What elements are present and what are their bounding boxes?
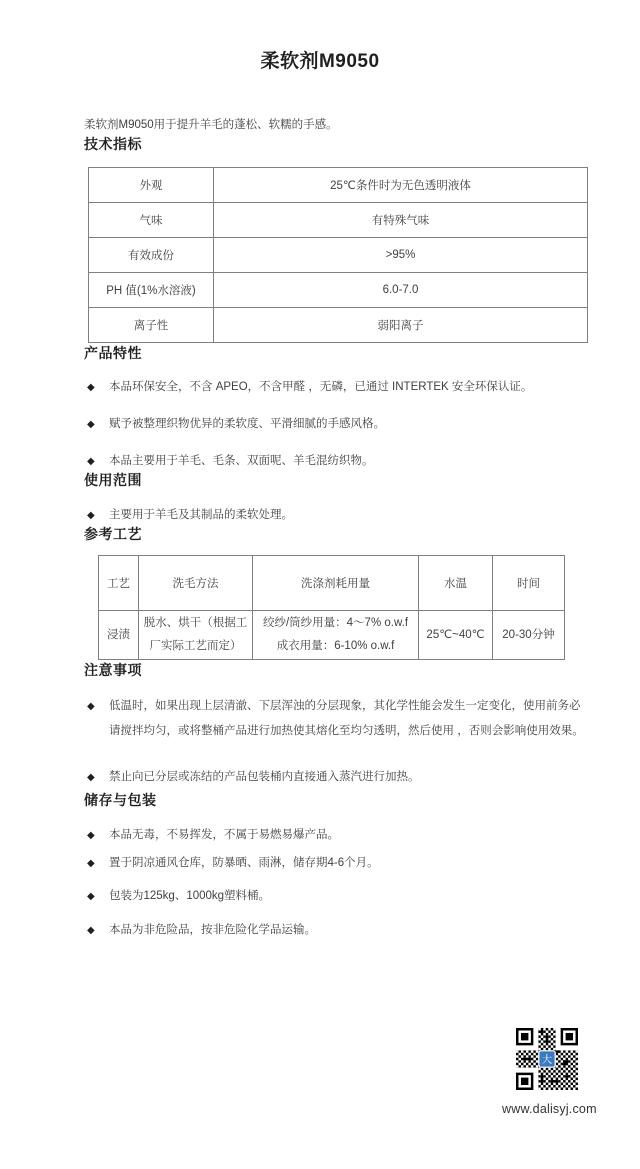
bullet-diamond-icon: ◆ xyxy=(87,827,109,844)
usage-text: 主要用于羊毛及其制品的柔软处理。 xyxy=(109,507,590,524)
tech-value-cell: 25℃条件时为无色透明液体 xyxy=(214,168,588,203)
qr-logo-text: 大 xyxy=(542,1053,553,1066)
section-heading-tech-specs: 技术指标 xyxy=(84,134,590,154)
section-heading-notes: 注意事项 xyxy=(84,660,590,680)
tech-value-cell: 有特殊气味 xyxy=(214,203,588,238)
list-item: ◆ 包装为125kg、1000kg塑料桶。 xyxy=(84,888,590,905)
process-header-cell: 洗毛方法 xyxy=(139,556,253,611)
storage-text: 本品为非危险品，按非危险化学品运输。 xyxy=(109,922,590,939)
note-text: 禁止向已分层或冻结的产品包装桶内直接通入蒸汽进行加热。 xyxy=(109,765,590,790)
page-title: 柔软剂M9050 xyxy=(0,0,640,73)
list-item: ◆ 本品无毒，不易挥发，不属于易燃易爆产品。 xyxy=(84,827,590,844)
process-dosage-cell: 绞纱/筒纱用量：4～7% o.w.f 成衣用量：6-10% o.w.f xyxy=(253,611,419,660)
section-heading-features: 产品特性 xyxy=(84,343,590,363)
tech-label-cell: 外观 xyxy=(89,168,214,203)
dosage-line: 成衣用量：6-10% o.w.f xyxy=(257,635,414,658)
process-header-cell: 时间 xyxy=(493,556,565,611)
list-item: ◆ 赋予被整理织物优异的柔软度、平滑细腻的手感风格。 xyxy=(84,416,590,433)
feature-text: 本品环保安全，不含 APEO，不含甲醛 ，无磷，已通过 INTERTEK 安全环… xyxy=(109,379,590,396)
document-page: 柔软剂M9050 柔软剂M9050用于提升羊毛的蓬松、软糯的手感。 技术指标 外… xyxy=(0,0,640,1169)
intro-text: 柔软剂M9050用于提升羊毛的蓬松、软糯的手感。 xyxy=(84,117,590,134)
feature-text: 赋予被整理织物优异的柔软度、平滑细腻的手感风格。 xyxy=(109,416,590,433)
section-heading-process: 参考工艺 xyxy=(84,524,590,544)
list-item: ◆ 主要用于羊毛及其制品的柔软处理。 xyxy=(84,507,590,524)
tech-value-cell: 弱阳离子 xyxy=(214,308,588,343)
table-row: 气味 有特殊气味 xyxy=(89,203,588,238)
tech-label-cell: PH 值(1%水溶液) xyxy=(89,273,214,308)
list-item: ◆ 低温时，如果出现上层清澈、下层浑浊的分层现象，其化学性能会发生一定变化，使用… xyxy=(84,694,590,744)
table-header-row: 工艺 洗毛方法 洗涤剂耗用量 水温 时间 xyxy=(99,556,565,611)
tech-value-cell: 6.0-7.0 xyxy=(214,273,588,308)
qr-block: 大 www.dalisyj.com xyxy=(502,1028,592,1116)
table-row: PH 值(1%水溶液) 6.0-7.0 xyxy=(89,273,588,308)
tech-specs-table: 外观 25℃条件时为无色透明液体 气味 有特殊气味 有效成份 >95% PH 值… xyxy=(88,167,588,343)
qr-code-icon: 大 xyxy=(516,1028,578,1090)
storage-text: 本品无毒，不易挥发，不属于易燃易爆产品。 xyxy=(109,827,590,844)
storage-text: 置于阴凉通风仓库，防暴晒、雨淋，储存期4-6个月。 xyxy=(109,855,590,872)
list-item: ◆ 本品为非危险品，按非危险化学品运输。 xyxy=(84,922,590,939)
feature-text: 本品主要用于羊毛、毛条、双面呢、羊毛混纺织物。 xyxy=(109,453,590,470)
tech-label-cell: 离子性 xyxy=(89,308,214,343)
bullet-diamond-icon: ◆ xyxy=(87,694,109,744)
storage-text: 包装为125kg、1000kg塑料桶。 xyxy=(109,888,590,905)
table-row: 离子性 弱阳离子 xyxy=(89,308,588,343)
tech-label-cell: 气味 xyxy=(89,203,214,238)
process-craft-cell: 浸渍 xyxy=(99,611,139,660)
table-row: 浸渍 脱水、烘干（根据工厂实际工艺而定） 绞纱/筒纱用量：4～7% o.w.f … xyxy=(99,611,565,660)
process-header-cell: 工艺 xyxy=(99,556,139,611)
process-header-cell: 洗涤剂耗用量 xyxy=(253,556,419,611)
document-body: 柔软剂M9050用于提升羊毛的蓬松、软糯的手感。 技术指标 外观 25℃条件时为… xyxy=(0,117,640,939)
section-heading-usage: 使用范围 xyxy=(84,470,590,490)
process-time-cell: 20-30分钟 xyxy=(493,611,565,660)
bullet-diamond-icon: ◆ xyxy=(87,922,109,939)
bullet-diamond-icon: ◆ xyxy=(87,855,109,872)
bullet-diamond-icon: ◆ xyxy=(87,379,109,396)
list-item: ◆ 禁止向已分层或冻结的产品包装桶内直接通入蒸汽进行加热。 xyxy=(84,765,590,790)
section-heading-storage: 储存与包装 xyxy=(84,790,590,810)
process-table: 工艺 洗毛方法 洗涤剂耗用量 水温 时间 浸渍 脱水、烘干（根据工厂实际工艺而定… xyxy=(98,555,565,660)
process-header-cell: 水温 xyxy=(419,556,493,611)
process-temp-cell: 25℃~40℃ xyxy=(419,611,493,660)
list-item: ◆ 本品环保安全，不含 APEO，不含甲醛 ，无磷，已通过 INTERTEK 安… xyxy=(84,379,590,396)
bullet-diamond-icon: ◆ xyxy=(87,507,109,524)
bullet-diamond-icon: ◆ xyxy=(87,416,109,433)
tech-value-cell: >95% xyxy=(214,238,588,273)
website-url: www.dalisyj.com xyxy=(502,1102,592,1116)
qr-center-logo: 大 xyxy=(539,1051,555,1067)
table-row: 有效成份 >95% xyxy=(89,238,588,273)
bullet-diamond-icon: ◆ xyxy=(87,765,109,790)
table-row: 外观 25℃条件时为无色透明液体 xyxy=(89,168,588,203)
list-item: ◆ 本品主要用于羊毛、毛条、双面呢、羊毛混纺织物。 xyxy=(84,453,590,470)
note-text: 低温时，如果出现上层清澈、下层浑浊的分层现象，其化学性能会发生一定变化，使用前务… xyxy=(109,694,590,744)
dosage-line: 绞纱/筒纱用量：4～7% o.w.f xyxy=(257,612,414,635)
tech-label-cell: 有效成份 xyxy=(89,238,214,273)
process-method-cell: 脱水、烘干（根据工厂实际工艺而定） xyxy=(139,611,253,660)
bullet-diamond-icon: ◆ xyxy=(87,453,109,470)
list-item: ◆ 置于阴凉通风仓库，防暴晒、雨淋，储存期4-6个月。 xyxy=(84,855,590,872)
bullet-diamond-icon: ◆ xyxy=(87,888,109,905)
